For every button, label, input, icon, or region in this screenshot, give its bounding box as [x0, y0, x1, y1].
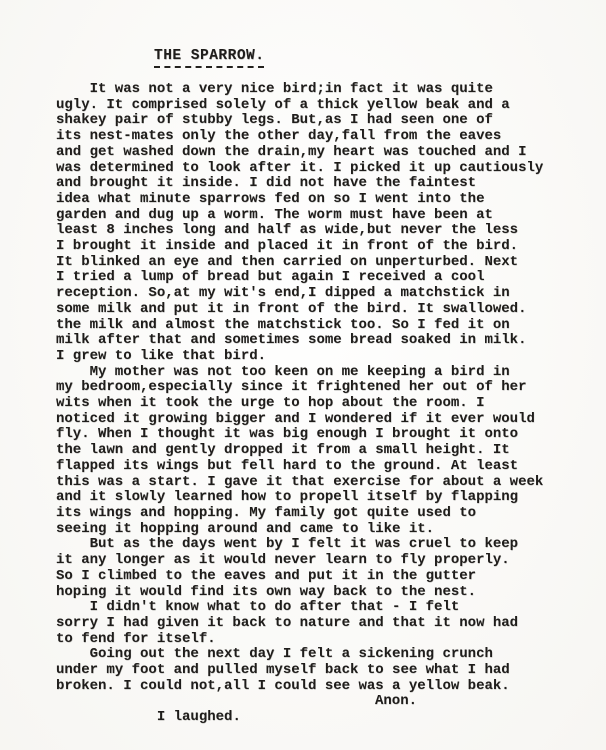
- title-row: THE SPARROW.: [56, 46, 576, 82]
- paragraph-2: My mother was not too keen on me keeping…: [56, 365, 576, 538]
- document-page: THE SPARROW. It was not a very nice bird…: [0, 0, 606, 750]
- document-content: THE SPARROW. It was not a very nice bird…: [56, 46, 576, 750]
- paragraph-5: Going out the next day I felt a sickenin…: [56, 647, 576, 694]
- paragraph-3: But as the days went by I felt it was cr…: [56, 537, 576, 600]
- closing-line: I laughed. Anon.: [56, 694, 576, 750]
- closing-text: I laughed.: [106, 709, 240, 725]
- paragraph-1: It was not a very nice bird;in fact it w…: [56, 82, 576, 365]
- author-signature: Anon.: [375, 694, 417, 710]
- document-title: THE SPARROW.: [154, 48, 264, 68]
- paragraph-4: I didn't know what to do after that - I …: [56, 600, 576, 647]
